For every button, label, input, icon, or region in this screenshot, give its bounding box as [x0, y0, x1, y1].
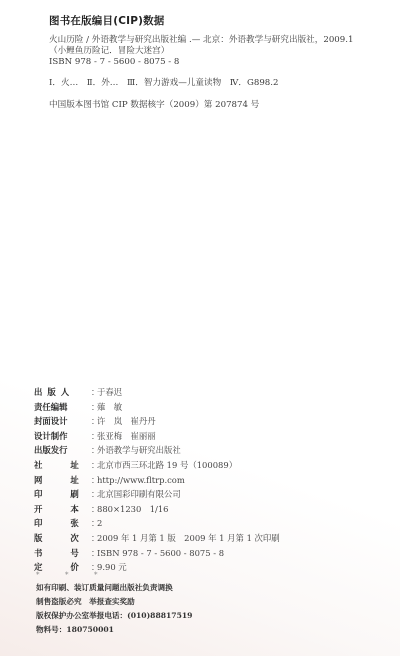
imprint-label: 书号 — [34, 546, 91, 561]
imprint-value: ISBN 978 - 7 - 5600 - 8075 - 8 — [97, 546, 224, 561]
cip-line-series: （小鲤鱼历险记．冒险大迷宫） — [49, 46, 169, 57]
imprint-value: 薙 敏 — [97, 400, 122, 415]
imprint-value: 于春迟 — [97, 385, 122, 400]
notice-piracy: 制售盗版必究 举报查实奖励 — [36, 597, 135, 607]
imprint-value: 2009 年 1 月第 1 版 2009 年 1 月第 1 次印刷 — [97, 531, 280, 546]
imprint-label: 出版发行 — [34, 443, 91, 458]
imprint-label: 社址 — [34, 458, 91, 473]
imprint-value: 2 — [97, 516, 102, 531]
star-mark: * — [65, 571, 94, 579]
imprint-row-distributor: 出版发行 ： 外语教学与研究出版社 — [34, 443, 280, 458]
imprint-label: 版次 — [34, 531, 91, 546]
notice-material-number: 物料号：180750001 — [36, 625, 114, 635]
imprint-value: 880×1230 1/16 — [97, 502, 169, 517]
imprint-website-link[interactable]: http://www.fltrp.com — [97, 473, 185, 488]
imprint-row-address: 社址 ： 北京市西三环北路 19 号（100089） — [34, 458, 280, 473]
cip-line-classification: Ⅰ．火… Ⅱ．外… Ⅲ．智力游戏—儿童读物 Ⅳ．G898.2 — [49, 78, 278, 89]
imprint-row-sheets: 印张 ： 2 — [34, 516, 280, 531]
cip-line-verification: 中国版本图书馆 CIP 数据核字（2009）第 207874 号 — [49, 100, 259, 111]
imprint-label: 网址 — [34, 473, 91, 488]
imprint-label: 开本 — [34, 502, 91, 517]
imprint-label: 出版人 — [34, 385, 91, 400]
imprint-row-cover-design: 封面设计 ： 许 岚 崔丹丹 — [34, 414, 280, 429]
star-mark: * — [36, 571, 65, 579]
imprint-value: 北京市西三环北路 19 号（100089） — [97, 458, 237, 473]
star-mark: * — [94, 571, 123, 579]
imprint-value: 许 岚 崔丹丹 — [97, 414, 156, 429]
imprint-value: 北京国彩印刷有限公司 — [97, 487, 181, 502]
imprint-label: 封面设计 — [34, 414, 91, 429]
imprint-row-printer: 印刷 ： 北京国彩印刷有限公司 — [34, 487, 280, 502]
cip-title: 图书在版编目(CIP)数据 — [49, 13, 165, 28]
imprint-label: 印刷 — [34, 487, 91, 502]
imprint-value: 外语教学与研究出版社 — [97, 443, 181, 458]
imprint-label: 责任编辑 — [34, 400, 91, 415]
copyright-page: 图书在版编目(CIP)数据 火山历险 / 外语教学与研究出版社编 .— 北京：外… — [0, 0, 400, 656]
imprint-label: 设计制作 — [34, 429, 91, 444]
notice-hotline: 版权保护办公室举报电话：(010)88817519 — [36, 611, 192, 621]
imprint-row-format: 开本 ： 880×1230 1/16 — [34, 502, 280, 517]
imprint-row-editor: 责任编辑 ： 薙 敏 — [34, 400, 280, 415]
imprint-row-design-production: 设计制作 ： 张亚梅 崔丽丽 — [34, 429, 280, 444]
cip-line-isbn: ISBN 978 - 7 - 5600 - 8075 - 8 — [49, 57, 179, 68]
imprint-row-website: 网址 ： http://www.fltrp.com — [34, 473, 280, 488]
notice-reprint-exchange: 如有印刷、装订质量问题出版社负责调换 — [36, 583, 173, 593]
imprint-row-publisher: 出版人 ： 于春迟 — [34, 385, 280, 400]
imprint-row-isbn: 书号 ： ISBN 978 - 7 - 5600 - 8075 - 8 — [34, 546, 280, 561]
imprint-value: 张亚梅 崔丽丽 — [97, 429, 156, 444]
separator-stars: *** — [36, 571, 123, 579]
cip-line-title-author: 火山历险 / 外语教学与研究出版社编 .— 北京：外语教学与研究出版社，2009… — [49, 35, 353, 46]
imprint-label: 印张 — [34, 516, 91, 531]
imprint-row-edition: 版次 ： 2009 年 1 月第 1 版 2009 年 1 月第 1 次印刷 — [34, 531, 280, 546]
imprint-list: 出版人 ： 于春迟 责任编辑 ： 薙 敏 封面设计 ： 许 岚 崔丹丹 设计制作… — [34, 385, 280, 575]
